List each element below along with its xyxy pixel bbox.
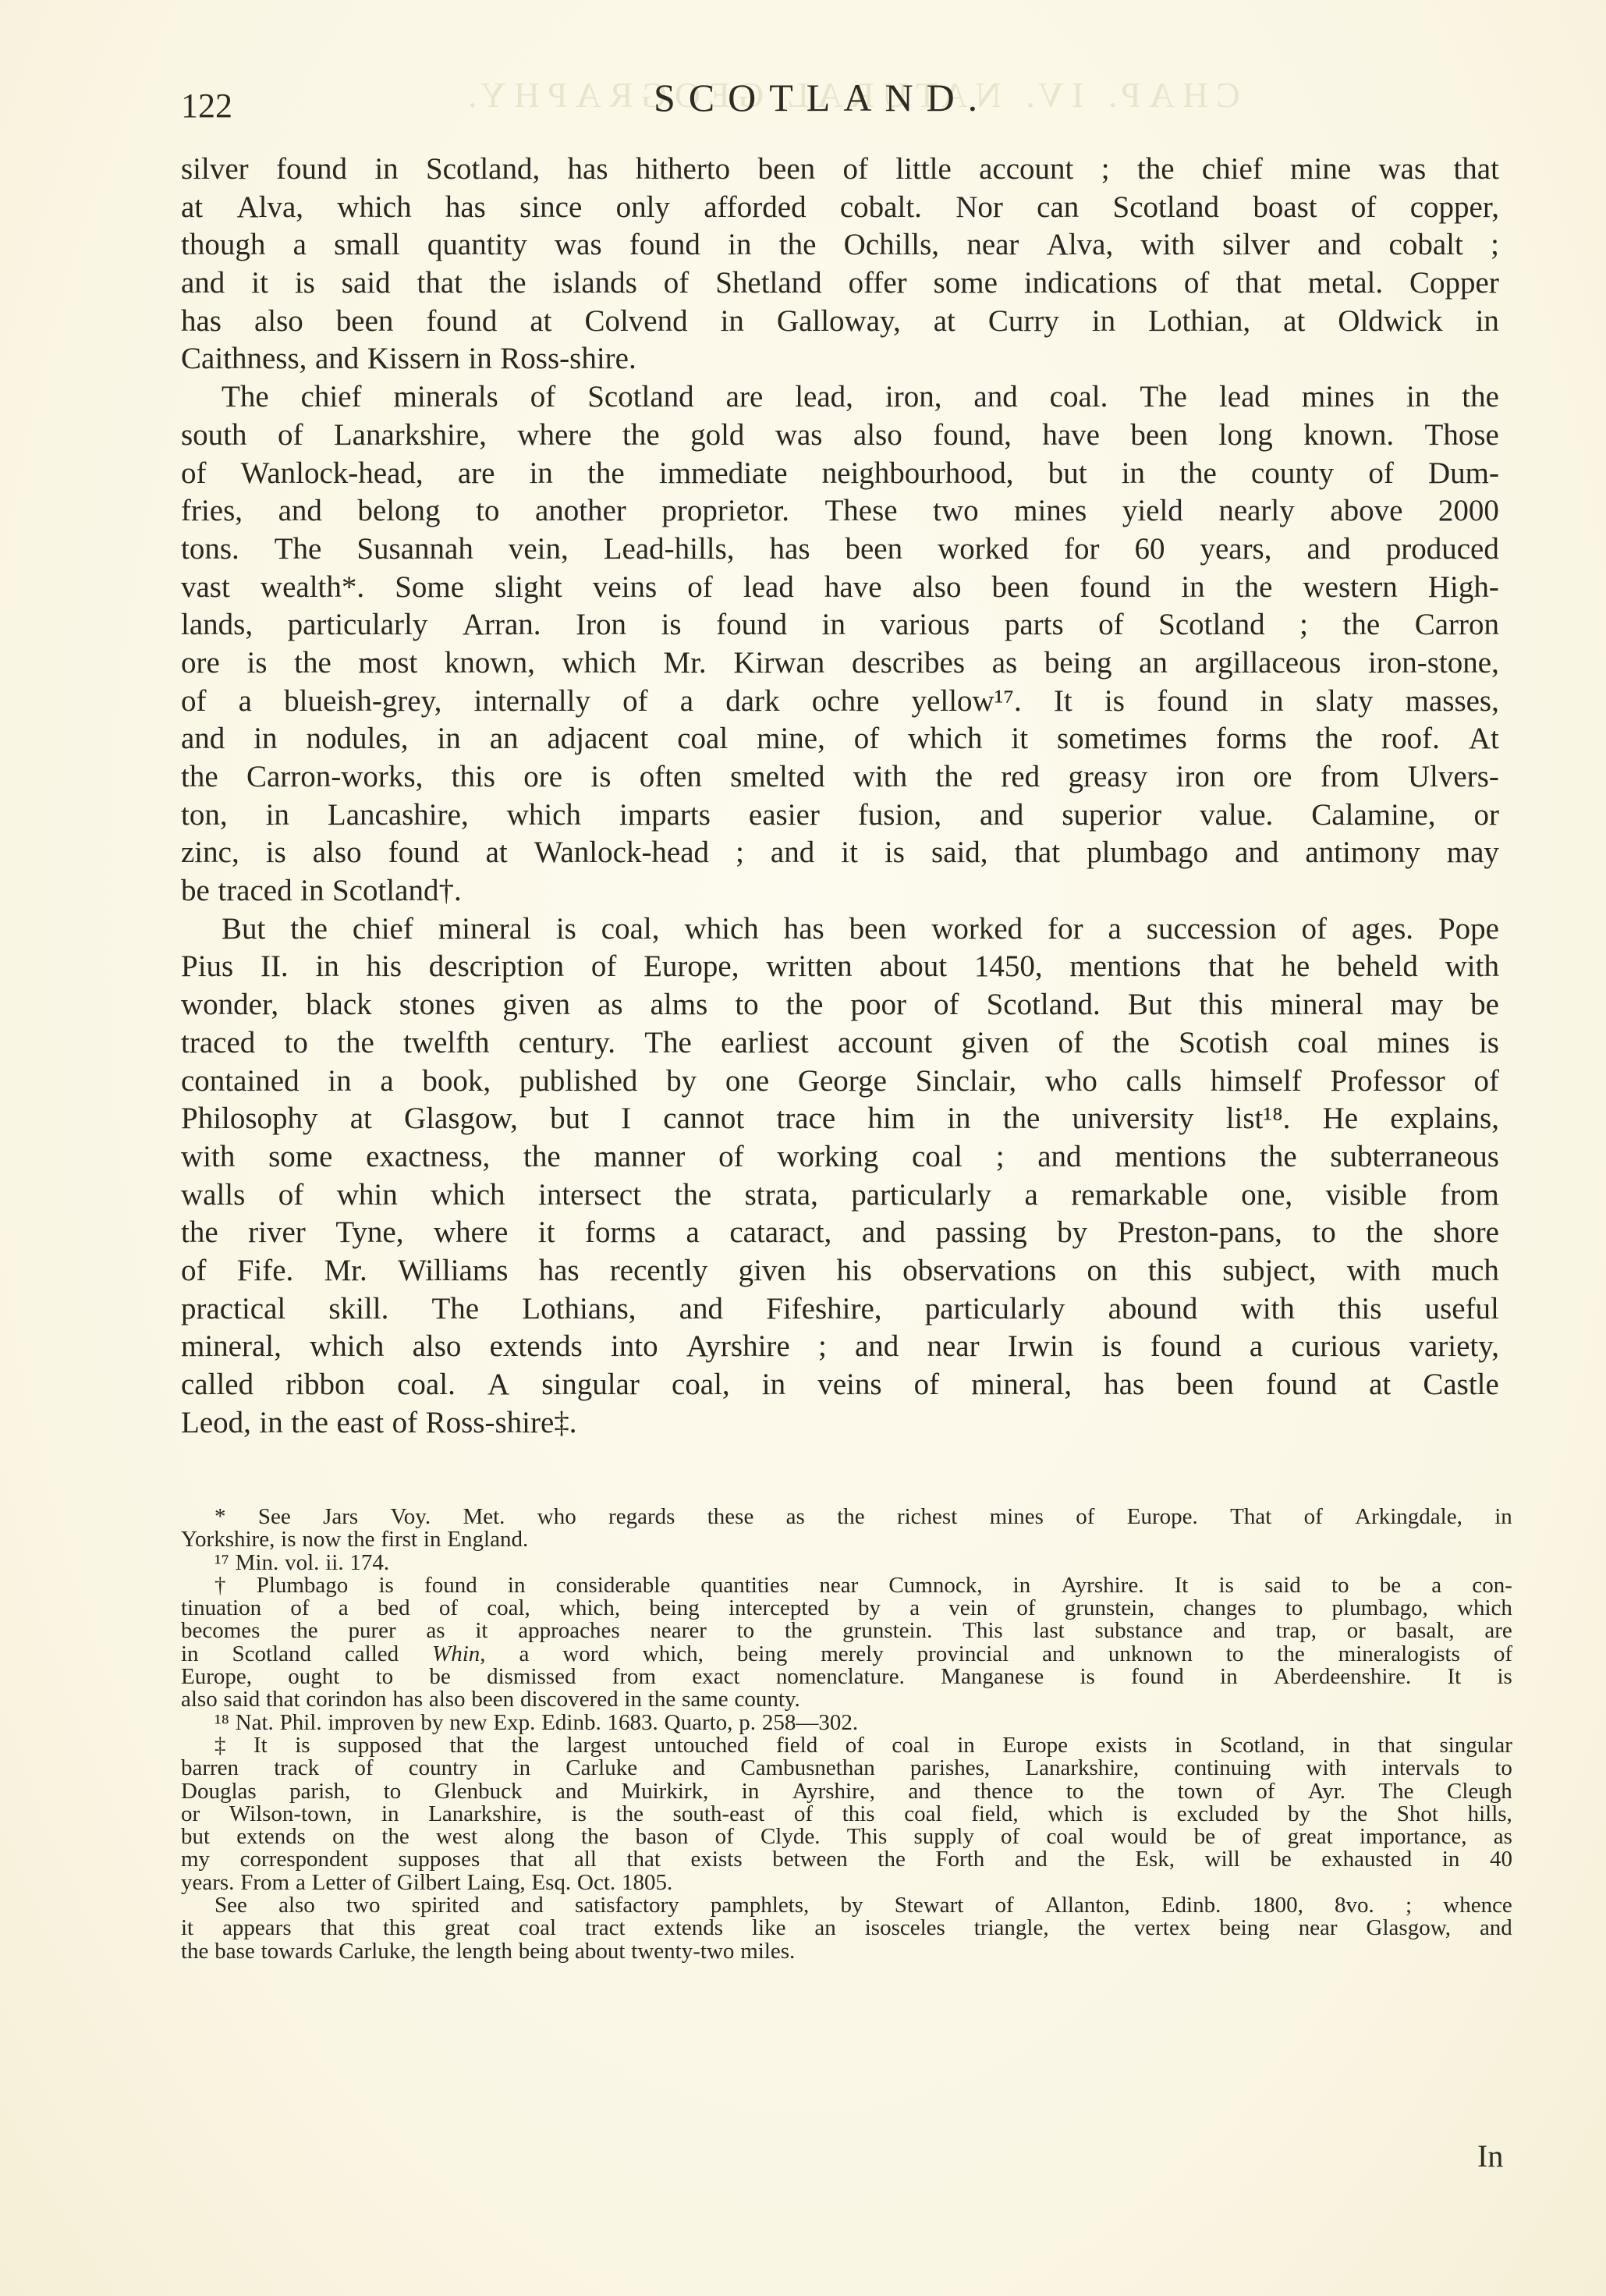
footnote: ‡Itissupposedthatthelargestuntouchedfiel… — [181, 1734, 1512, 1894]
text-line: thoughasmallquantitywasfoundintheOchills… — [181, 226, 1499, 264]
text-line: vastwealth*.Someslightveinsofleadhaveals… — [181, 569, 1499, 607]
text-line: betracedinScotland†. — [181, 872, 1499, 910]
running-title: SCOTLAND. — [654, 75, 991, 120]
text-line: †Plumbagoisfoundinconsiderablequantities… — [181, 1574, 1512, 1597]
text-line: becomesthepurerasitapproachesnearertothe… — [181, 1620, 1512, 1642]
text-line: andinnodules,inanadjacentcoalmine,ofwhic… — [181, 720, 1499, 758]
footnotes: *SeeJarsVoy.Met.whoregardstheseastherich… — [181, 1506, 1512, 1963]
text-line: wonder,blackstonesgivenasalmstothepoorof… — [181, 986, 1499, 1024]
text-line: mineral,whichalsoextendsintoAyrshire;and… — [181, 1328, 1499, 1366]
text-line: fries,andbelongtoanotherproprietor.These… — [181, 492, 1499, 531]
book-page: CHAP. IV. NATURAL GEOGRAPHY. 122 SCOTLAN… — [0, 0, 1606, 2296]
text-line: withsomeexactness,themannerofworkingcoal… — [181, 1138, 1499, 1176]
paragraph: Butthechiefmineraliscoal,whichhasbeenwor… — [181, 910, 1499, 1443]
text-line: Butthechiefmineraliscoal,whichhasbeenwor… — [181, 910, 1499, 949]
text-line: tons.TheSusannahvein,Lead-hills,hasbeenw… — [181, 531, 1499, 569]
text-line: hasalsobeenfoundatColvendinGalloway,atCu… — [181, 303, 1499, 341]
text-line: atAlva,whichhassinceonlyaffordedcobalt.N… — [181, 189, 1499, 227]
text-line: ¹⁸Nat.Phil.improvenbynewExp.Edinb.1683.Q… — [181, 1712, 1512, 1734]
text-line: oreisthemostknown,whichMr.Kirwandescribe… — [181, 644, 1499, 683]
text-line: PhilosophyatGlasgow,butIcannottracehimin… — [181, 1100, 1499, 1138]
text-line: barrentrackofcountryinCarlukeandCambusne… — [181, 1757, 1512, 1780]
footnote: ¹⁷Min.vol.ii.174. — [181, 1552, 1512, 1574]
text-line: inScotlandcalledWhin,awordwhich,beingmer… — [181, 1643, 1512, 1666]
footnote: ¹⁸Nat.Phil.improvenbynewExp.Edinb.1683.Q… — [181, 1712, 1512, 1734]
text-line: ton,inLancashire,whichimpartseasierfusio… — [181, 797, 1499, 835]
text-line: years.FromaLetterofGilbertLaing,Esq.Oct.… — [181, 1872, 1512, 1894]
text-line: butextendsonthewestalongthebasonofClyde.… — [181, 1826, 1512, 1848]
text-line: tinuationofabedofcoal,which,beinginterce… — [181, 1597, 1512, 1620]
text-line: Seealsotwospiritedandsatisfactorypamphle… — [181, 1894, 1512, 1917]
text-line: ‡Itissupposedthatthelargestuntouchedfiel… — [181, 1734, 1512, 1757]
paragraph: ThechiefmineralsofScotlandarelead,iron,a… — [181, 378, 1499, 910]
text-line: theCarron-works,thisoreisoftensmeltedwit… — [181, 758, 1499, 797]
text-line: alsosaidthatcorindonhasalsobeendiscovere… — [181, 1688, 1512, 1711]
text-line: PiusII.inhisdescriptionofEurope,writtena… — [181, 948, 1499, 986]
text-line: ofFife.Mr.Williamshasrecentlygivenhisobs… — [181, 1252, 1499, 1290]
text-line: wallsofwhinwhichintersectthestrata,parti… — [181, 1176, 1499, 1215]
text-line: thebasetowardsCarluke,thelengthbeingabou… — [181, 1940, 1512, 1963]
text-line: lands,particularlyArran.Ironisfoundinvar… — [181, 606, 1499, 644]
catchword: In — [1477, 2138, 1503, 2174]
main-text: silverfoundinScotland,hashithertobeenofl… — [181, 151, 1499, 1442]
text-line: calledribboncoal.Asingularcoal,inveinsof… — [181, 1366, 1499, 1404]
text-line: Douglasparish,toGlenbuckandMuirkirk,inAy… — [181, 1780, 1512, 1803]
text-line: ¹⁷Min.vol.ii.174. — [181, 1552, 1512, 1574]
text-line: Leod,intheeastofRoss-shire‡. — [181, 1404, 1499, 1443]
text-line: practicalskill.TheLothians,andFifeshire,… — [181, 1290, 1499, 1329]
text-line: ofablueish-grey,internallyofadarkochreye… — [181, 683, 1499, 721]
text-line: anditissaidthattheislandsofShetlandoffer… — [181, 264, 1499, 303]
text-line: silverfoundinScotland,hashithertobeenofl… — [181, 151, 1499, 189]
text-line: orWilson-town,inLanarkshire,isthesouth-e… — [181, 1803, 1512, 1826]
text-line: ThechiefmineralsofScotlandarelead,iron,a… — [181, 378, 1499, 417]
text-line: Yorkshire,isnowthefirstinEngland. — [181, 1528, 1512, 1551]
paragraph: silverfoundinScotland,hashithertobeenofl… — [181, 151, 1499, 378]
text-line: tracedtothetwelfthcentury.Theearliestacc… — [181, 1024, 1499, 1063]
text-line: Europe,oughttobedismissedfromexactnomenc… — [181, 1666, 1512, 1688]
text-line: itappearsthatthisgreatcoaltractextendsli… — [181, 1917, 1512, 1939]
text-line: *SeeJarsVoy.Met.whoregardstheseastherich… — [181, 1506, 1512, 1528]
text-line: mycorrespondentsupposesthatallthatexists… — [181, 1848, 1512, 1871]
footnote: †Plumbagoisfoundinconsiderablequantities… — [181, 1574, 1512, 1712]
text-line: theriverTyne,whereitformsacataract,andpa… — [181, 1214, 1499, 1252]
text-line: southofLanarkshire,wherethegoldwasalsofo… — [181, 417, 1499, 455]
text-line: containedinabook,publishedbyoneGeorgeSin… — [181, 1063, 1499, 1101]
text-line: ofWanlock-head,areintheimmediateneighbou… — [181, 455, 1499, 493]
text-line: zinc,isalsofoundatWanlock-head;anditissa… — [181, 834, 1499, 872]
text-line: Caithness,andKisserninRoss-shire. — [181, 340, 1499, 378]
footnote: *SeeJarsVoy.Met.whoregardstheseastherich… — [181, 1506, 1512, 1552]
page-number: 122 — [181, 86, 232, 126]
footnote: Seealsotwospiritedandsatisfactorypamphle… — [181, 1894, 1512, 1963]
